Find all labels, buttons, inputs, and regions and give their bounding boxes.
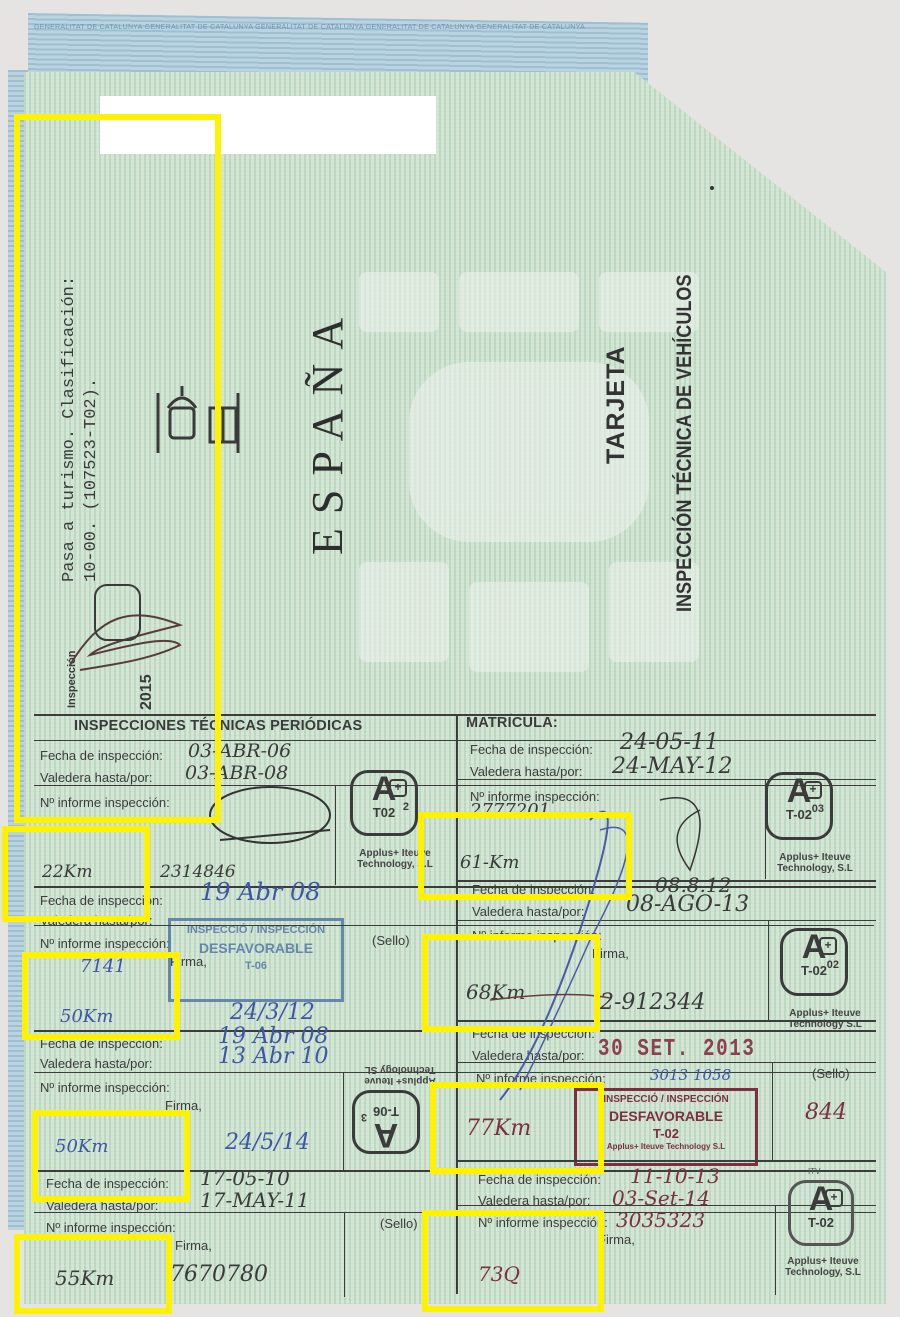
- entry-valedera: 03-Set-14: [612, 1186, 710, 1210]
- label-informe: Nº informe inspección:: [46, 1220, 176, 1235]
- entry-fecha: 11-10-13: [630, 1164, 720, 1188]
- entry-number: 24/3/12: [230, 1000, 315, 1025]
- entry-fecha: 19 Abr 08: [200, 878, 321, 906]
- label-valedera: Valedera hasta/por:: [40, 1056, 153, 1071]
- divider: [768, 920, 769, 1020]
- label-sello: (Sello): [372, 933, 410, 948]
- itv-stamp: A+ 03 T-02: [765, 772, 833, 840]
- label-valedera: Valedera hasta/por:: [470, 764, 583, 779]
- highlight-box-km-6: [422, 934, 600, 1032]
- country-title: ESPAÑA: [302, 304, 353, 555]
- label-fecha: Fecha de inspección:: [478, 1172, 601, 1187]
- stamp-company: Applus+ Iteuve Technology, S.L: [760, 852, 870, 874]
- sello-value: 844: [805, 1100, 847, 1125]
- dot: [710, 186, 714, 190]
- watermark-coat-of-arms: [349, 262, 729, 712]
- entry-number: 7670780: [170, 1262, 268, 1287]
- date-stamp: 30 SET. 2013: [598, 1036, 755, 1063]
- divider: [34, 1072, 876, 1073]
- divider: [772, 1062, 773, 1162]
- back-card-watermark-text: GENERALITAT DE CATALUNYA GENERALITAT DE …: [34, 24, 634, 32]
- divider: [343, 1072, 344, 1172]
- right-section-header: MATRÍCULA:: [466, 715, 558, 731]
- entry-number: 24/5/14: [225, 1130, 310, 1155]
- itv-stamp-upside-down: A 3 T-06: [352, 1090, 420, 1154]
- label-informe: Nº informe inspección:: [40, 1080, 170, 1095]
- card-subtitle: INSPECCIÓN TÉCNICA DE VEHÍCULOS: [673, 275, 697, 612]
- highlight-box-note: [14, 114, 221, 823]
- divider: [458, 1062, 876, 1063]
- highlight-box-km-3: [32, 1110, 190, 1202]
- highlight-box-km-4: [14, 1234, 172, 1314]
- highlight-box-km-2: [22, 952, 180, 1040]
- highlight-box-km-8: [422, 1210, 604, 1312]
- entry-informe: 3013 1058: [650, 1066, 731, 1084]
- divider: [34, 925, 874, 926]
- itv-stamp: A+ 02 T-02: [780, 928, 848, 996]
- label-valedera: Valedera hasta/por:: [472, 904, 585, 919]
- entry-valedera: 13 Abr 10: [218, 1044, 328, 1069]
- entry-valedera: 08-AGO-13: [626, 892, 749, 917]
- entry-fecha: 17-05-10: [200, 1166, 290, 1190]
- itv-stamp: A+ T-02: [788, 1180, 854, 1246]
- itv-stamp: A+ 2 T02: [350, 770, 418, 836]
- highlight-box-km-7: [430, 1082, 604, 1174]
- entry-valedera: 24-MAY-12: [612, 754, 732, 779]
- label-informe: Nº informe inspección:: [40, 936, 170, 951]
- highlight-box-km-5: [418, 812, 632, 900]
- label-sello: (Sello): [812, 1066, 850, 1081]
- label-sello: (Sello): [380, 1216, 418, 1231]
- entry-valedera: 17-MAY-11: [200, 1188, 310, 1212]
- divider: [458, 920, 876, 921]
- entry-informe: 3035323: [616, 1208, 705, 1232]
- card-title: TARJETA: [602, 345, 631, 464]
- unfavorable-stamp: INSPECCIÓ / INSPECCIÓN DESFAVORABLE T-06: [168, 918, 344, 1002]
- entry-informe: 2-912344: [600, 990, 705, 1015]
- label-fecha: Fecha de inspección:: [470, 742, 593, 757]
- divider: [344, 1212, 345, 1297]
- divider: [775, 1205, 776, 1295]
- label-firma: Firma,: [175, 1238, 212, 1253]
- entry-fecha: 24-05-11: [620, 730, 719, 755]
- highlight-box-km-1: [2, 826, 150, 922]
- stamp-company: Applus+ Iteuve Technology, S.L: [768, 1256, 878, 1278]
- stamp-company: Applus+ Iteuve Technology S.L: [770, 1008, 880, 1030]
- stamp-top-label: ITV: [808, 1167, 820, 1176]
- label-valedera: Valedera hasta/por:: [472, 1048, 585, 1063]
